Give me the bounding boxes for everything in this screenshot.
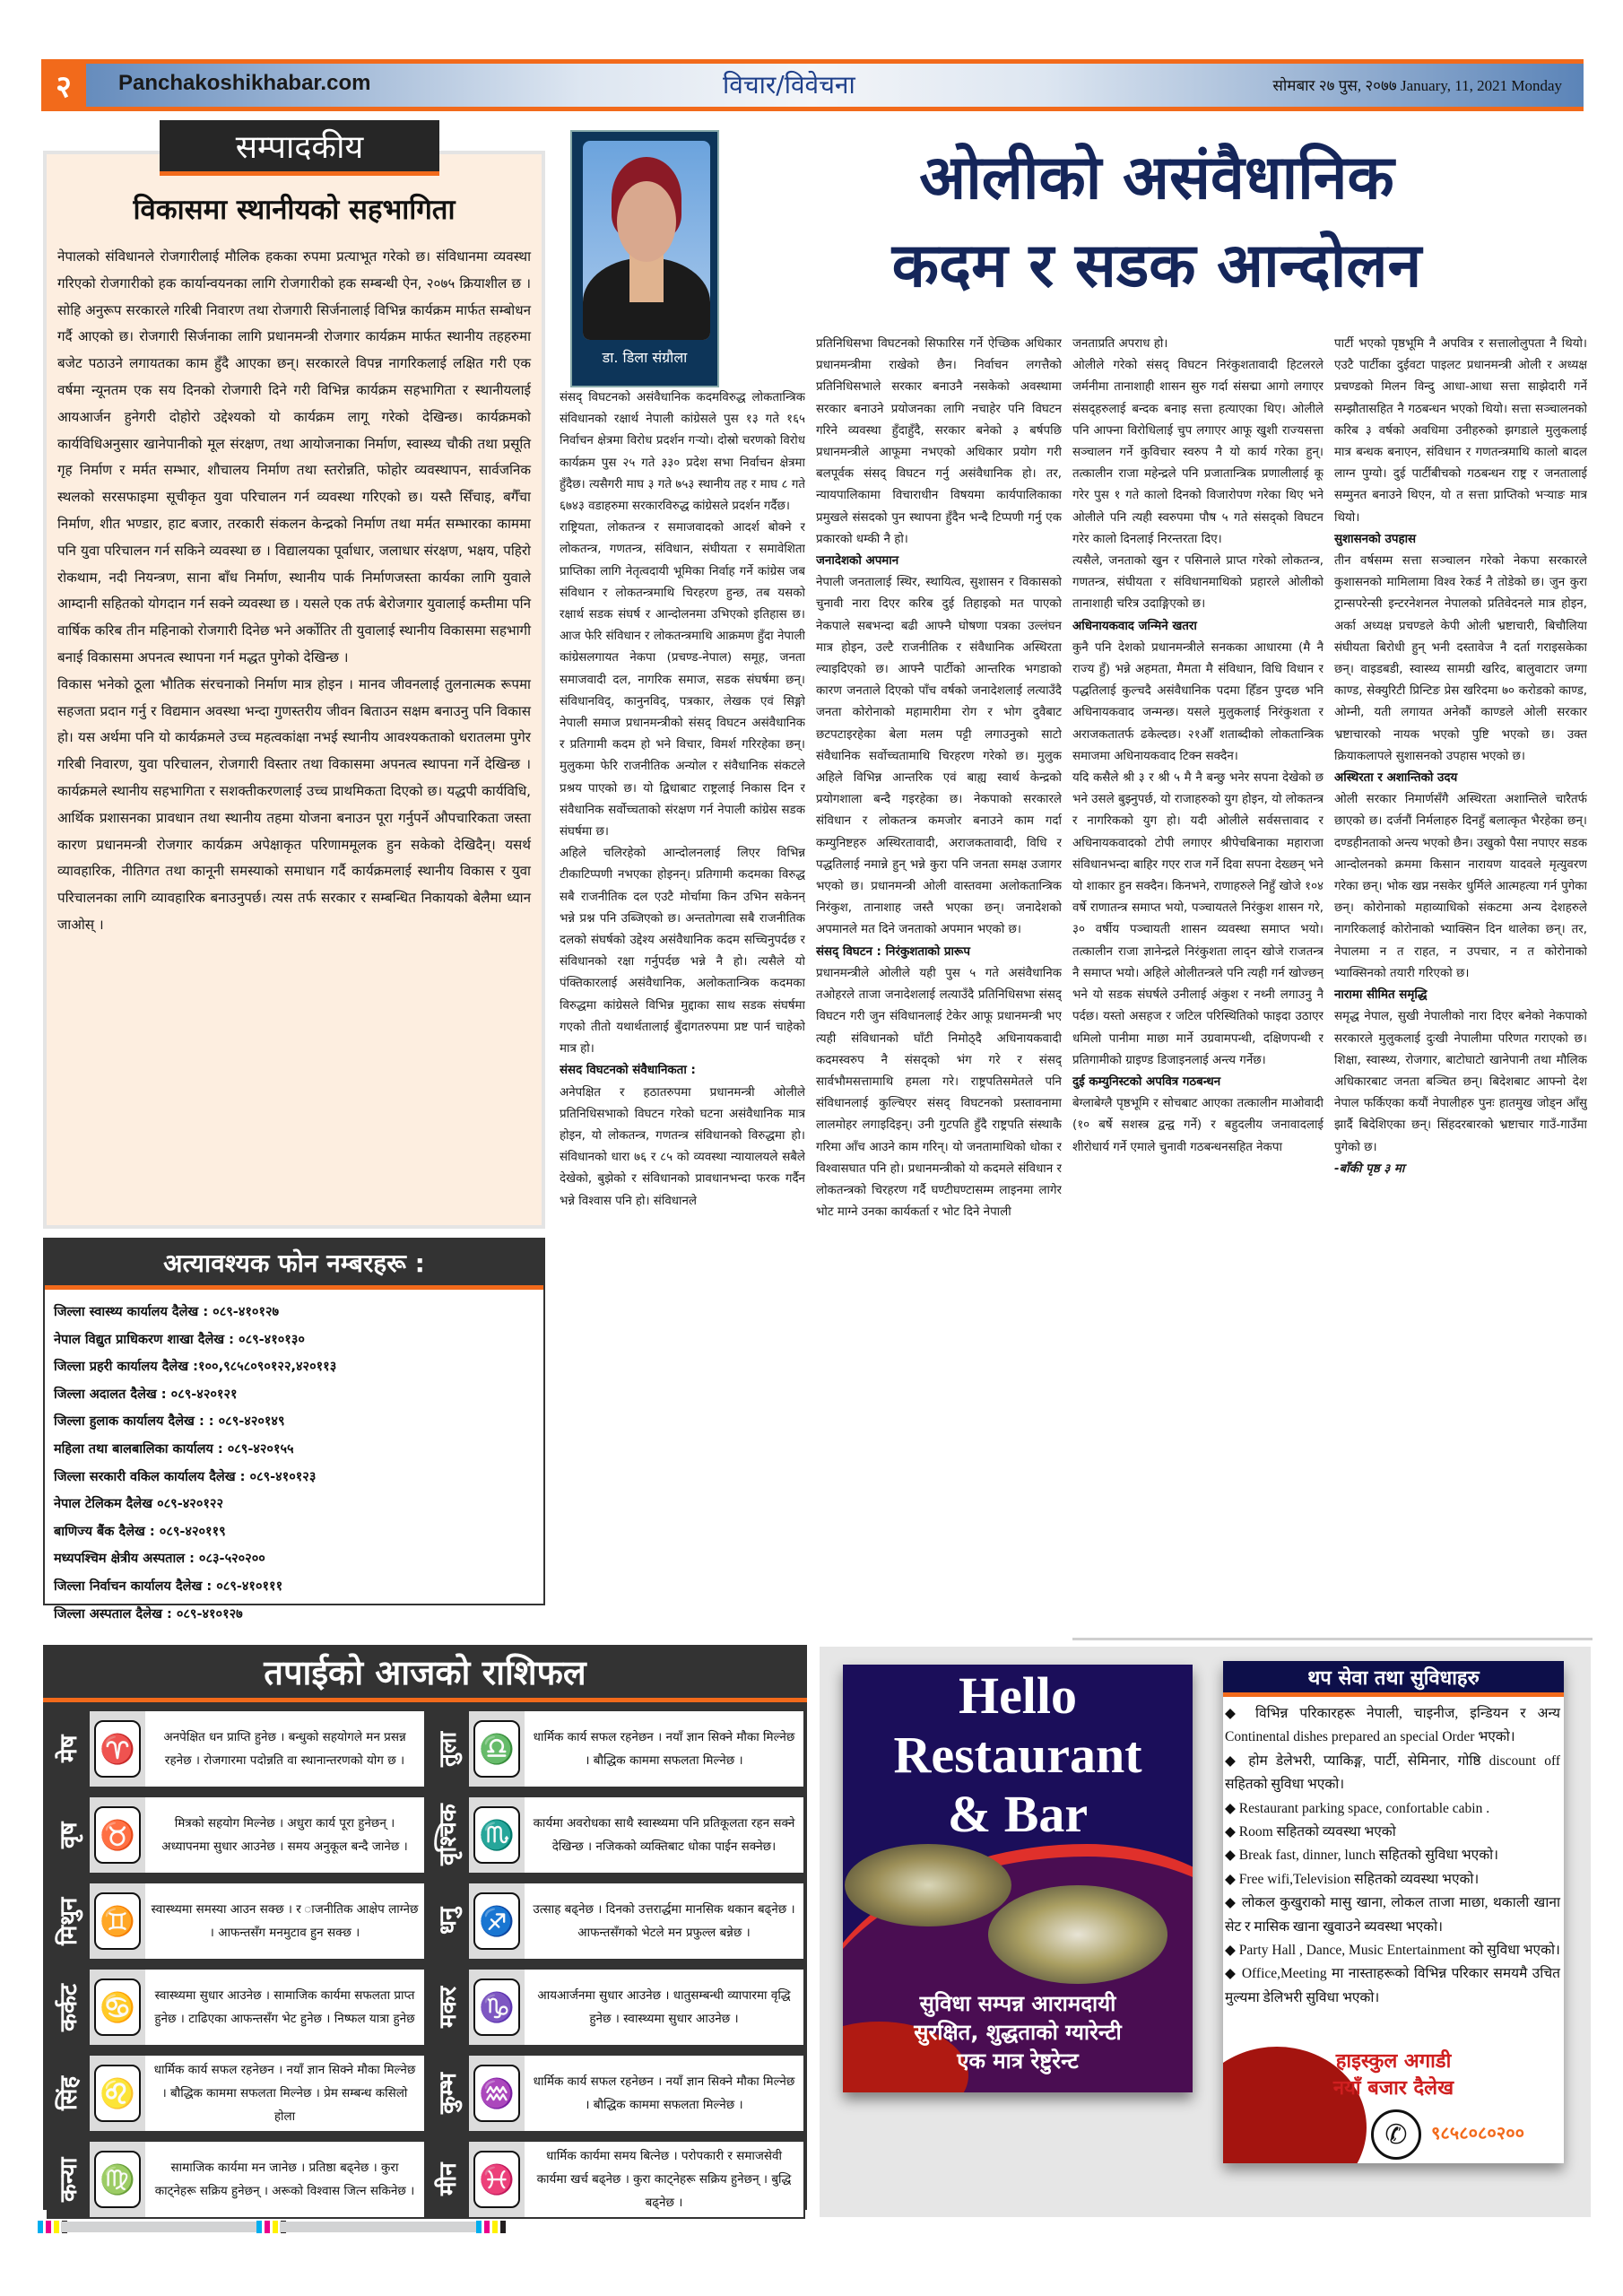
article-column-2: प्रतिनिधिसभा विघटनको सिफारिस गर्ने ऐच्छि… — [816, 334, 1062, 1639]
phone-item: बाणिज्य बैंक दैलेख : ०८९-४२०११९ — [54, 1518, 536, 1546]
sign-name: मेष — [48, 1711, 90, 1787]
phone-item: मध्यपश्चिम क्षेत्रीय अस्पताल : ०८३-५२०२०… — [54, 1545, 536, 1573]
sign-icon-box: ♓ — [469, 2142, 525, 2217]
sign-icon-box: ♊ — [90, 1883, 145, 1959]
article-subheading: अस्थिरता र अशान्तिको उदय — [1334, 768, 1587, 789]
ad-title-line: Restaurant — [843, 1726, 1193, 1785]
sign-icon-box: ♌ — [90, 2056, 145, 2131]
article-paragraph: ओली सरकार निमार्णसँगै अस्थिरता अशान्तिले… — [1334, 789, 1587, 985]
sign-prediction: आयआर्जनमा सुधार आउनेछ । धातुसम्बन्धी व्य… — [525, 1970, 803, 2045]
ad-title-line: Hello — [843, 1666, 1193, 1726]
article-paragraph: बेग्लाबेग्लै पृष्ठभूमि र सोचबाट आएका तत्… — [1072, 1093, 1324, 1159]
issue-date: सोमबार २७ पुस, २०७७ January, 11, 2021 Mo… — [1272, 74, 1562, 95]
sign-prediction: उत्साह बढ्नेछ । दिनको उत्तरार्द्धमा मानस… — [525, 1883, 803, 1959]
headline-line: कदम र सडक आन्दोलन — [726, 222, 1587, 310]
horoscope-item: कर्कट♋स्वास्थ्यमा सुधार आउनेछ । सामाजिक … — [47, 1968, 426, 2047]
goat-icon: ♑ — [473, 1979, 520, 2036]
author-photo — [583, 141, 710, 340]
telephone-icon: ✆ — [1371, 2109, 1421, 2160]
article-subheading: संसद् विघटन : निरंकुशताको प्रारूप — [816, 942, 1062, 963]
gray-bar — [61, 2222, 262, 2232]
sign-prediction: स्वास्थ्यमा समस्या आउन सक्छ । र ाजनीतिक … — [145, 1883, 424, 1959]
article-paragraph: अहिले चलिरहेको आन्दोलनलाई लिएर विभिन्न ट… — [560, 843, 805, 1060]
editorial-box: विकासमा स्थानीयको सहभागिता नेपालको संविध… — [43, 151, 545, 1229]
sign-prediction: धार्मिक कार्य सफल रहनेछन । नयाँ ज्ञान सि… — [525, 1711, 803, 1787]
ad-tagline: सुविधा सम्पन्न आरामदायी सुरक्षित, शुद्धत… — [843, 1989, 1193, 2075]
crab-icon: ♋ — [94, 1979, 141, 2036]
sign-name: मकर — [428, 1970, 469, 2045]
maiden-icon: ♍ — [94, 2151, 141, 2208]
sign-name: कुम्भ — [428, 2056, 469, 2131]
phone-item: महिला तथा बालबालिका कार्यालय : ०८९-४२०१५… — [54, 1436, 536, 1464]
article-paragraph: ओलीले गरेको संसद् विघटन निरंकुशतावादी हि… — [1072, 355, 1324, 551]
phones-title: अत्यावश्यक फोन नम्बरहरू : — [45, 1239, 543, 1290]
site-name[interactable]: Panchakoshikhabar.com — [118, 71, 370, 96]
article-paragraph: समृद्ध नेपाल, सुखी नेपालीको नारा दिएर बन… — [1334, 1006, 1587, 1158]
article-paragraph: संसद् विघटनको असंवैधानिक कदमविरुद्ध लोकत… — [560, 387, 805, 517]
horoscope-item: तुला♎धार्मिक कार्य सफल रहनेछन । नयाँ ज्ञ… — [426, 1709, 805, 1788]
fish-icon: ♓ — [473, 2151, 520, 2208]
service-item: ◆ विभिन्न परिकारहरू नेपाली, चाइनीज, इन्ड… — [1225, 1702, 1560, 1750]
phone-item: जिल्ला अस्पताल दैलेख : ०८९-४१०१२७ — [54, 1601, 536, 1629]
emergency-phones-box: अत्यावश्यक फोन नम्बरहरू : जिल्ला स्वास्थ… — [43, 1238, 545, 1605]
service-item: ◆ Office,Meeting मा नास्ताहरूको विभिन्न … — [1225, 1962, 1560, 2010]
sign-icon-box: ♈ — [90, 1711, 145, 1787]
author-name: डा. डिला संग्रौला — [572, 347, 717, 367]
service-item: ◆ Free wifi,Television सहितको व्यवस्था भ… — [1225, 1868, 1560, 1892]
services-ad: थप सेवा तथा सुविधाहरु ◆ विभिन्न परिकारहर… — [1214, 1647, 1591, 2217]
restaurant-ad-card[interactable]: Hello Restaurant & Bar सुविधा सम्पन्न आर… — [843, 1665, 1193, 2092]
article-paragraph: जनताप्रति अपराध हो। — [1072, 334, 1324, 355]
phone-item: नेपाल टेलिकम दैलेख ०८९-४२०१२२ — [54, 1491, 536, 1518]
color-registration-bar — [476, 2221, 506, 2233]
bull-icon: ♉ — [94, 1806, 141, 1864]
phones-list: जिल्ला स्वास्थ्य कार्यालय दैलेख : ०८९-४१… — [54, 1299, 536, 1628]
services-card[interactable]: थप सेवा तथा सुविधाहरु ◆ विभिन्न परिकारहर… — [1223, 1661, 1564, 2163]
horoscope-grid: मेष♈अनपेक्षित धन प्राप्ति हुनेछ । बन्धुक… — [47, 1709, 805, 2219]
horoscope-item: मेष♈अनपेक्षित धन प्राप्ति हुनेछ । बन्धुक… — [47, 1709, 426, 1788]
sign-name: कर्कट — [48, 1970, 90, 2045]
editorial-paragraph: नेपालको संविधानले रोजगारीलाई मौलिक हकका … — [57, 244, 531, 672]
article-column-3: जनताप्रति अपराध हो।ओलीले गरेको संसद् विघ… — [1072, 334, 1324, 1639]
sign-prediction: स्वास्थ्यमा सुधार आउनेछ । सामाजिक कार्यम… — [145, 1970, 424, 2045]
sign-prediction: धार्मिक कार्य सफल रहनेछन । नयाँ ज्ञान सि… — [145, 2056, 424, 2131]
restaurant-photo-1 — [845, 1844, 1011, 1926]
gray-bar — [280, 2222, 481, 2232]
sign-name: वृश्चिक — [428, 1797, 469, 1873]
sign-name: कन्या — [48, 2142, 90, 2217]
page-number: २ — [41, 64, 86, 107]
horoscope-item: वृष♉मित्रको सहयोग मिल्नेछ । अधुरा कार्य … — [47, 1796, 426, 1874]
sign-name: सिंह — [48, 2056, 90, 2131]
horoscope-item: धनु♐उत्साह बढ्नेछ । दिनको उत्तरार्द्धमा … — [426, 1882, 805, 1961]
service-item: ◆ Restaurant parking space, confortable … — [1225, 1797, 1560, 1821]
service-item: ◆ Party Hall , Dance, Music Entertainmen… — [1225, 1939, 1560, 1962]
services-phone[interactable]: ९८५८०८०२०० — [1431, 2120, 1524, 2144]
article-paragraph: प्रधानमन्त्रीले ओलीले यही पुस ५ गते असंव… — [816, 963, 1062, 1223]
editorial-title: विकासमा स्थानीयको सहभागिता — [47, 190, 542, 228]
sign-name: मीन — [428, 2142, 469, 2217]
continued-note: -बाँकी पृष्ठ ३ मा — [1334, 1159, 1587, 1180]
services-title: थप सेवा तथा सुविधाहरु — [1223, 1661, 1564, 1697]
ad-title: Hello Restaurant & Bar — [843, 1666, 1193, 1844]
scales-icon: ♎ — [473, 1720, 520, 1778]
article-paragraph: नेपाली जनतालाई स्थिर, स्थायित्व, सुशासन … — [816, 572, 1062, 941]
sign-prediction: अनपेक्षित धन प्राप्ति हुनेछ । बन्धुको सह… — [145, 1711, 424, 1787]
lion-icon: ♌ — [94, 2065, 141, 2122]
horoscope-item: मकर♑आयआर्जनमा सुधार आउनेछ । धातुसम्बन्धी… — [426, 1968, 805, 2047]
address-line: नयाँ बजार दैलेख — [1223, 2075, 1564, 2102]
ad-tagline-line: सुरक्षित, शुद्धताको ग्यारेन्टी — [843, 2018, 1193, 2047]
ram-icon: ♈ — [94, 1720, 141, 1778]
ad-tagline-line: सुविधा सम्पन्न आरामदायी — [843, 1989, 1193, 2018]
editorial-paragraph: विकास भनेको ठूला भौतिक संरचनाको निर्माण … — [57, 672, 531, 939]
sign-prediction: कार्यमा अवरोधका साथै स्वास्थ्यमा पनि प्र… — [525, 1797, 803, 1873]
scorpion-icon: ♏ — [473, 1806, 520, 1864]
ad-title-line: & Bar — [843, 1785, 1193, 1844]
sign-icon-box: ♉ — [90, 1797, 145, 1873]
services-list: ◆ विभिन्न परिकारहरू नेपाली, चाइनीज, इन्ड… — [1225, 1702, 1560, 2010]
phone-item: जिल्ला निर्वाचन कार्यालय दैलेख : ०८९-४१०… — [54, 1573, 536, 1601]
horoscope-item: मीन♓धार्मिक कार्यमा समय बित्नेछ । परोपका… — [426, 2140, 805, 2219]
headline-line: ओलीको असंवैधानिक — [726, 135, 1587, 222]
sign-icon-box: ♋ — [90, 1970, 145, 2045]
restaurant-photo-2 — [988, 1885, 1167, 1984]
service-item: ◆ Room सहितको व्यवस्था भएको — [1225, 1821, 1560, 1844]
phone-item: जिल्ला सरकारी वकिल कार्यालय दैलेख : ०८९-… — [54, 1464, 536, 1492]
article-subheading: नारामा सीमित समृद्धि — [1334, 985, 1587, 1006]
phone-item: जिल्ला स्वास्थ्य कार्यालय दैलेख : ०८९-४१… — [54, 1299, 536, 1326]
sign-icon-box: ♎ — [469, 1711, 525, 1787]
sign-icon-box: ♐ — [469, 1883, 525, 1959]
archer-icon: ♐ — [473, 1892, 520, 1950]
service-item: ◆ Break fast, dinner, lunch सहितको सुविध… — [1225, 1844, 1560, 1867]
horoscope-panel: तपाईको आजको राशिफल मेष♈अनपेक्षित धन प्रा… — [43, 1645, 807, 2210]
article-paragraph: अनेपक्षित र हठातरुपमा प्रधानमन्त्री ओलील… — [560, 1083, 805, 1213]
phone-item: जिल्ला हुलाक कार्यालय दैलेख : : ०८९-४२०१… — [54, 1408, 536, 1436]
article-paragraph: यदि कसैले श्री ३ र श्री ५ मै नै बन्छु भन… — [1072, 768, 1324, 1072]
article-subheading: संसद विघटनको संवैधानिकता : — [560, 1060, 805, 1082]
phone-item: जिल्ला प्रहरी कार्यालय दैलेख :१००,९८५८०९… — [54, 1353, 536, 1381]
restaurant-ad: Hello Restaurant & Bar सुविधा सम्पन्न आर… — [820, 1647, 1214, 2217]
sign-name: मिथुन — [48, 1883, 90, 1959]
ad-tagline-line: एक मात्र रेष्टुरेन्ट — [843, 2047, 1193, 2075]
sign-prediction: धार्मिक कार्यमा समय बित्नेछ । परोपकारी र… — [525, 2142, 803, 2217]
horoscope-item: सिंह♌धार्मिक कार्य सफल रहनेछन । नयाँ ज्ञ… — [47, 2054, 426, 2133]
sign-icon-box: ♑ — [469, 1970, 525, 2045]
services-address: हाइस्कुल अगाडी नयाँ बजार दैलेख — [1223, 2048, 1564, 2102]
service-item: ◆ होम डेलेभरी, प्याकिङ्ग, पार्टी, सेमिना… — [1225, 1750, 1560, 1797]
article-paragraph: प्रतिनिधिसभा विघटनको सिफारिस गर्ने ऐच्छि… — [816, 334, 1062, 551]
sign-name: धनु — [428, 1883, 469, 1959]
article-paragraph: तीन वर्षसम्म सत्ता सञ्चालन गरेको नेकपा स… — [1334, 551, 1587, 768]
article-subheading: जनादेशको अपमान — [816, 551, 1062, 572]
water-bearer-icon: ♒ — [473, 2065, 520, 2122]
horoscope-item: कन्या♍सामाजिक कार्यमा मन जानेछ । प्रतिष्… — [47, 2140, 426, 2219]
horoscope-item: वृश्चिक♏कार्यमा अवरोधका साथै स्वास्थ्यमा… — [426, 1796, 805, 1874]
article-paragraph: पार्टी भएको पृष्ठभूमि नै अपवित्र र सत्ता… — [1334, 334, 1587, 529]
horoscope-item: मिथुन♊स्वास्थ्यमा समस्या आउन सक्छ । र ाज… — [47, 1882, 426, 1961]
address-line: हाइस्कुल अगाडी — [1223, 2048, 1564, 2075]
column-divider — [1072, 1638, 1593, 1640]
horoscope-title: तपाईको आजको राशिफल — [43, 1645, 807, 1702]
article-headline: ओलीको असंवैधानिक कदम र सडक आन्दोलन — [726, 135, 1587, 310]
section-title: विचार/विवेचना — [723, 67, 855, 101]
sign-icon-box: ♒ — [469, 2056, 525, 2131]
article-subheading: अधिनायकवाद जन्मिने खतरा — [1072, 616, 1324, 638]
page-header: २ Panchakoshikhabar.com विचार/विवेचना सो… — [41, 59, 1584, 111]
article-column-1: संसद् विघटनको असंवैधानिक कदमविरुद्ध लोकत… — [560, 387, 805, 1634]
article-subheading: दुई कम्युनिस्टको अपवित्र गठबन्धन — [1072, 1072, 1324, 1093]
article-paragraph: त्यसैले, जनताको खुन र पसिनाले प्राप्त गर… — [1072, 551, 1324, 616]
sign-icon-box: ♏ — [469, 1797, 525, 1873]
twins-icon: ♊ — [94, 1892, 141, 1950]
article-column-4: पार्टी भएको पृष्ठभूमि नै अपवित्र र सत्ता… — [1334, 334, 1587, 1639]
article-paragraph: कुनै पनि देशको प्रधानमन्त्रीले सनकका आधा… — [1072, 638, 1324, 768]
sign-prediction: सामाजिक कार्यमा मन जानेछ । प्रतिष्ठा बढ्… — [145, 2142, 424, 2217]
editorial-tag: सम्पादकीय — [160, 120, 439, 176]
article-subheading: सुशासनको उपहास — [1334, 529, 1587, 551]
author-photo-frame: डा. डिला संग्रौला — [570, 130, 719, 387]
phone-item: जिल्ला अदालत दैलेख : ०८९-४२०१२१ — [54, 1381, 536, 1409]
service-item: ◆ लोकल कुखुराको मासु खाना, लोकल ताजा माछ… — [1225, 1892, 1560, 1939]
phone-item: नेपाल विद्युत प्राधिकरण शाखा दैलेख : ०८९… — [54, 1326, 536, 1354]
editorial-body: नेपालको संविधानले रोजगारीलाई मौलिक हकका … — [57, 244, 531, 939]
sign-prediction: मित्रको सहयोग मिल्नेछ । अधुरा कार्य पूरा… — [145, 1797, 424, 1873]
article-paragraph: राष्ट्रियता, लोकतन्त्र र समाजवादको आदर्श… — [560, 517, 805, 843]
sign-prediction: धार्मिक कार्य सफल रहनेछन । नयाँ ज्ञान सि… — [525, 2056, 803, 2131]
sign-name: तुला — [428, 1711, 469, 1787]
sign-name: वृष — [48, 1797, 90, 1873]
sign-icon-box: ♍ — [90, 2142, 145, 2217]
horoscope-item: कुम्भ♒धार्मिक कार्य सफल रहनेछन । नयाँ ज्… — [426, 2054, 805, 2133]
